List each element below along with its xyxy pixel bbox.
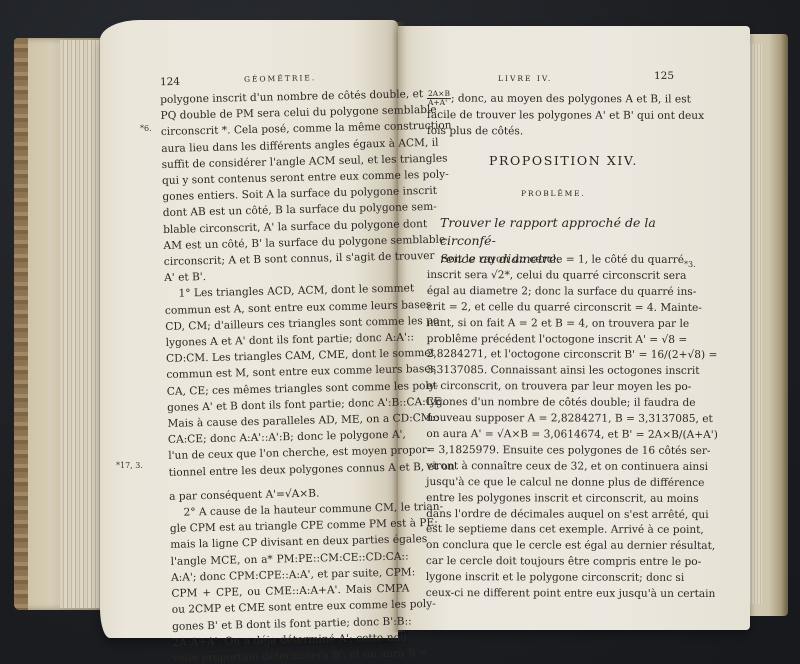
text-line: lygone inscrit et le polygone circonscri… — [426, 570, 676, 587]
marbled-cover-edge — [14, 38, 28, 610]
text-line: problême précédent l'octogone inscrit A'… — [427, 332, 677, 349]
left-running-head: GÉOMÉTRIE. — [244, 73, 316, 84]
text-line: inscrit sera √2*, celui du quarré circon… — [427, 268, 677, 285]
text-line: jusqu'à ce que le calcul ne donne plus d… — [426, 475, 676, 492]
text-line: est le septieme dans cet exemple. Arrivé… — [426, 522, 676, 539]
text-line: 3,3137085. Connaissant ainsi les octogon… — [427, 363, 677, 380]
right-page-body: Soit le rayon du cercle = 1, le côté du … — [426, 252, 677, 603]
right-page-number: 125 — [654, 70, 674, 82]
text-line: Soit le rayon du cercle = 1, le côté du … — [427, 252, 677, 269]
text-line: car le cercle doit toujours être compris… — [426, 554, 676, 571]
text-line: = 3,1825979. Ensuite ces polygones de 16… — [426, 443, 676, 460]
section-label: PROBLÊME. — [521, 189, 586, 198]
text-line: viront à connaître ceux de 32, et on con… — [426, 459, 676, 476]
right-page-opening: 2A×BA+A'; donc, au moyen des polygones A… — [427, 90, 677, 140]
text-line: fois plus de côtés. — [427, 123, 677, 140]
text-line: nouveau supposer A = 2,8284271, B = 3,31… — [426, 411, 676, 428]
text-line: nant, si on fait A = 2 et B = 4, on trou… — [427, 316, 677, 333]
text-line: on aura A' = √A×B = 3,0614674, et B' = 2… — [426, 427, 676, 444]
text-line: facile de trouver les polygones A' et B'… — [427, 107, 677, 124]
margin-note-right: *3. — [684, 260, 696, 269]
fraction: 2A×BA+A' — [427, 90, 451, 107]
text-line: on conclura que le cercle est égal au de… — [426, 538, 676, 555]
margin-note-left-1: *6. — [140, 124, 152, 133]
left-page-number: 124 — [160, 76, 180, 88]
margin-note-left-2: *17, 3. — [116, 461, 143, 470]
left-page-stack — [60, 40, 105, 608]
problem-line: Trouver le rapport approché de la circon… — [440, 214, 680, 250]
text-line: dans l'ordre de décimales auquel on s'es… — [426, 506, 676, 523]
text-line: ceux-ci ne different point entre eux jus… — [426, 586, 676, 603]
text-line: et circonscrit, on trouvera par leur moy… — [427, 379, 677, 396]
text-line: égal au diametre 2; donc la surface du q… — [427, 284, 677, 301]
text-line: crit = 2, et celle du quarré circonscrit… — [427, 300, 677, 317]
text-line: 2A×BA+A'; donc, au moyen des polygones A… — [427, 90, 677, 108]
text-line: lygones d'un nombre de côtés double; il … — [426, 395, 676, 412]
proposition-title: PROPOSITION XIV. — [489, 153, 638, 168]
text-line: entre les polygones inscrit et circonscr… — [426, 491, 676, 508]
left-page-body: polygone inscrit d'un nombre de côtés do… — [160, 87, 411, 664]
text-line: 2,8284271, et l'octogone circonscrit B' … — [427, 347, 677, 364]
right-running-head: LIVRE IV. — [498, 74, 552, 83]
